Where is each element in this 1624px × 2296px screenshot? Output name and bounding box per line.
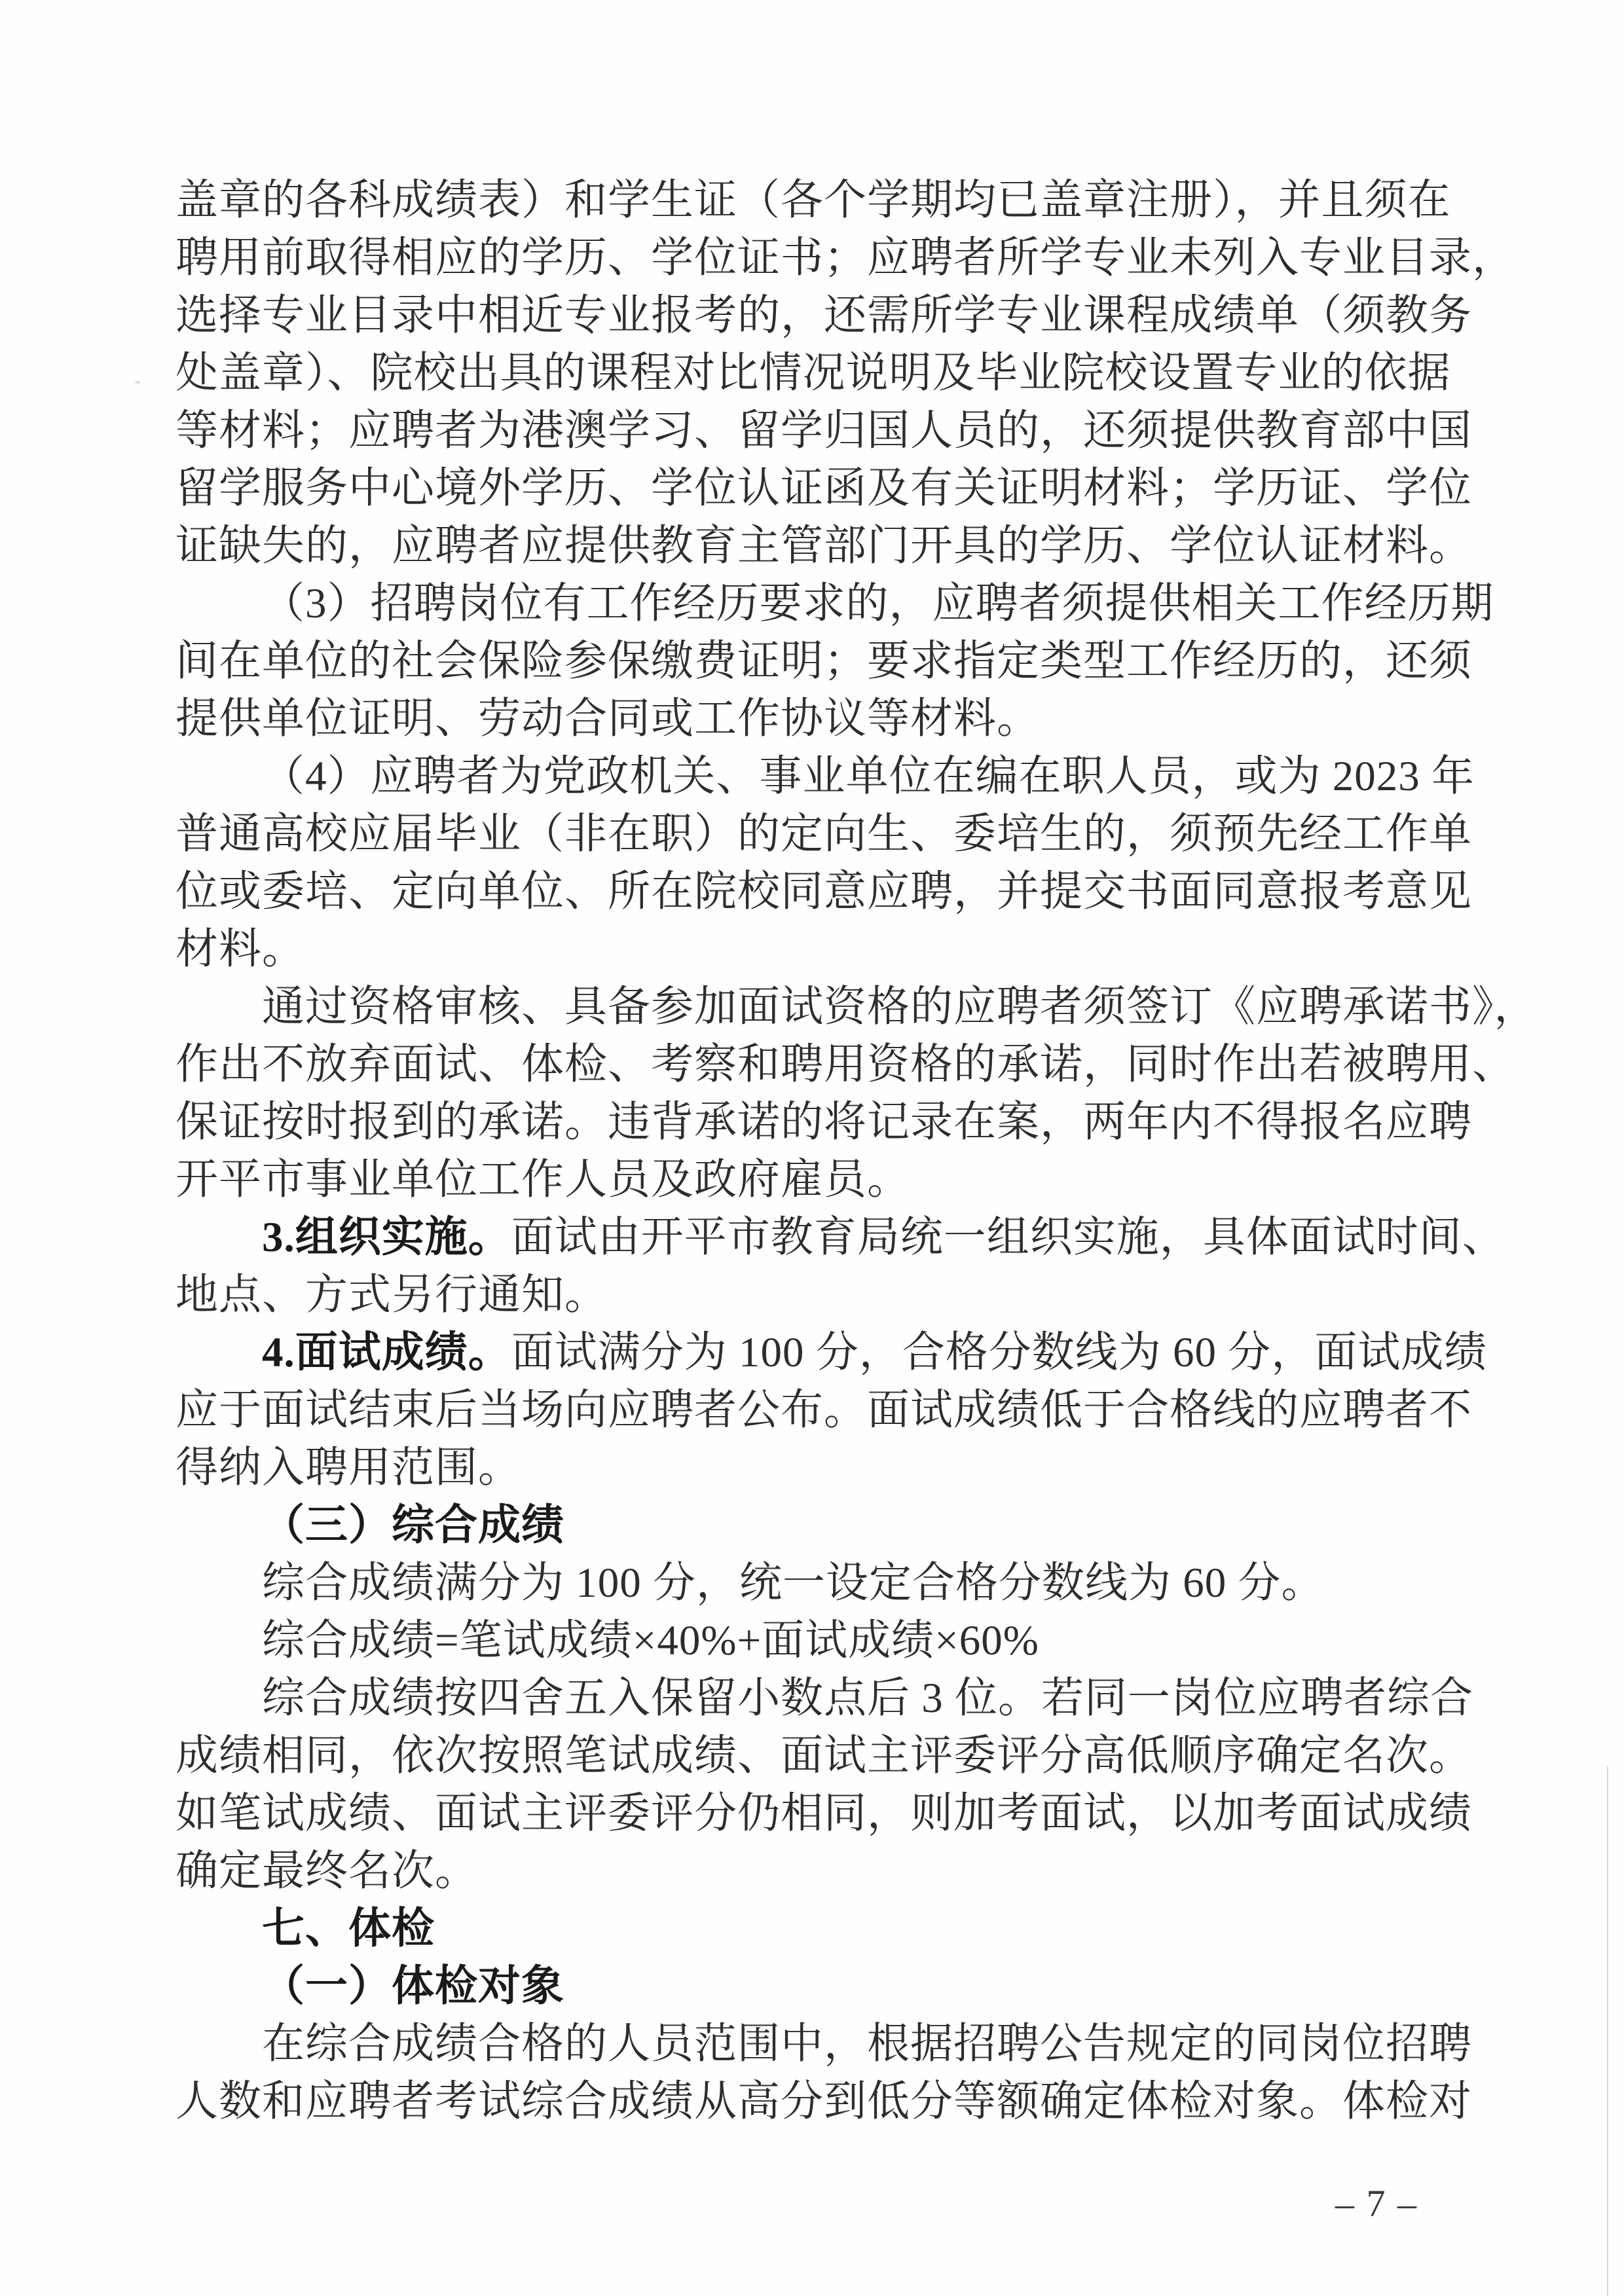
text-run: （3）招聘岗位有工作经历要求的，应聘者须提供相关工作经历期	[262, 580, 1494, 627]
text-line: 处盖章）、院校出具的课程对比情况说明及毕业院校设置专业的依据	[175, 344, 1498, 402]
text-run: 开平市事业单位工作人员及政府雇员。	[175, 1156, 910, 1203]
text-line: 等材料；应聘者为港澳学习、留学归国人员的，还须提供教育部中国	[175, 402, 1498, 460]
text-line: 材料。	[175, 920, 1498, 978]
text-line: 综合成绩=笔试成绩×40%+面试成绩×60%	[175, 1612, 1498, 1669]
text-run: 综合成绩满分为 100 分，统一设定合格分数线为 60 分。	[262, 1559, 1325, 1607]
text-run: 综合成绩=笔试成绩×40%+面试成绩×60%	[262, 1617, 1039, 1664]
heading-run: 3.组织实施。	[262, 1214, 511, 1261]
text-run: 保证按时报到的承诺。违背承诺的将记录在案，两年内不得报名应聘	[175, 1099, 1472, 1146]
text-line: 留学服务中心境外学历、学位认证函及有关证明材料；学历证、学位	[175, 460, 1498, 517]
scan-speck	[135, 381, 141, 384]
text-run: 人数和应聘者考试综合成绩从高分到低分等额确定体检对象。体检对	[175, 2078, 1472, 2125]
heading-run: 七、体检	[262, 1905, 435, 1952]
text-line: 确定最终名次。	[175, 1842, 1498, 1900]
text-line: （一）体检对象	[175, 1958, 1498, 2015]
text-line: 3.组织实施。面试由开平市教育局统一组织实施，具体面试时间、	[175, 1209, 1498, 1266]
text-run: 确定最终名次。	[175, 1848, 478, 1895]
text-run: 处盖章）、院校出具的课程对比情况说明及毕业院校设置专业的依据	[175, 350, 1451, 397]
text-run: 材料。	[175, 926, 305, 973]
heading-run: 4.面试成绩。	[262, 1329, 511, 1376]
scanned-document-page: 盖章的各科成绩表）和学生证（各个学期均已盖章注册），并且须在聘用前取得相应的学历…	[0, 0, 1624, 2296]
heading-run: （三）综合成绩	[262, 1502, 564, 1549]
scan-artifact-line	[1607, 1766, 1608, 2296]
text-run: 聘用前取得相应的学历、学位证书；应聘者所学专业未列入专业目录，	[175, 234, 1515, 282]
text-line: 聘用前取得相应的学历、学位证书；应聘者所学专业未列入专业目录，	[175, 229, 1498, 287]
text-line: 作出不放弃面试、体检、考察和聘用资格的承诺，同时作出若被聘用、	[175, 1036, 1498, 1093]
text-line: 人数和应聘者考试综合成绩从高分到低分等额确定体检对象。体检对	[175, 2073, 1498, 2130]
text-run: 地点、方式另行通知。	[175, 1271, 608, 1319]
text-line: 开平市事业单位工作人员及政府雇员。	[175, 1151, 1498, 1209]
text-line: 七、体检	[175, 1900, 1498, 1958]
text-run: 证缺失的，应聘者应提供教育主管部门开具的学历、学位认证材料。	[175, 522, 1472, 570]
text-run: 普通高校应届毕业（非在职）的定向生、委培生的，须预先经工作单	[175, 811, 1472, 858]
text-line: 间在单位的社会保险参保缴费证明；要求指定类型工作经历的，还须	[175, 632, 1498, 690]
text-line: 提供单位证明、劳动合同或工作协议等材料。	[175, 690, 1498, 748]
text-run: 面试由开平市教育局统一组织实施，具体面试时间、	[511, 1214, 1505, 1261]
text-line: 应于面试结束后当场向应聘者公布。面试成绩低于合格线的应聘者不	[175, 1381, 1498, 1439]
text-line: （3）招聘岗位有工作经历要求的，应聘者须提供相关工作经历期	[175, 575, 1498, 632]
page-number: – 7 –	[1324, 2181, 1429, 2225]
text-line: （4）应聘者为党政机关、事业单位在编在职人员，或为 2023 年	[175, 748, 1498, 805]
text-run: 作出不放弃面试、体检、考察和聘用资格的承诺，同时作出若被聘用、	[175, 1041, 1515, 1088]
text-line: 地点、方式另行通知。	[175, 1266, 1498, 1324]
document-body: 盖章的各科成绩表）和学生证（各个学期均已盖章注册），并且须在聘用前取得相应的学历…	[175, 172, 1498, 2130]
text-run: 留学服务中心境外学历、学位认证函及有关证明材料；学历证、学位	[175, 465, 1472, 512]
text-line: 如笔试成绩、面试主评委评分仍相同，则加考面试，以加考面试成绩	[175, 1785, 1498, 1842]
text-line: 位或委培、定向单位、所在院校同意应聘，并提交书面同意报考意见	[175, 863, 1498, 920]
heading-run: （一）体检对象	[262, 1963, 564, 2010]
text-line: 保证按时报到的承诺。违背承诺的将记录在案，两年内不得报名应聘	[175, 1093, 1498, 1151]
text-line: 通过资格审核、具备参加面试资格的应聘者须签订《应聘承诺书》，	[175, 978, 1498, 1036]
text-run: 盖章的各科成绩表）和学生证（各个学期均已盖章注册），并且须在	[175, 177, 1451, 224]
text-line: （三）综合成绩	[175, 1497, 1498, 1554]
text-line: 综合成绩按四舍五入保留小数点后 3 位。若同一岗位应聘者综合	[175, 1669, 1498, 1727]
text-line: 得纳入聘用范围。	[175, 1439, 1498, 1497]
text-run: 综合成绩按四舍五入保留小数点后 3 位。若同一岗位应聘者综合	[262, 1675, 1473, 1722]
text-line: 成绩相同，依次按照笔试成绩、面试主评委评分高低顺序确定名次。	[175, 1727, 1498, 1785]
text-run: 通过资格审核、具备参加面试资格的应聘者须签订《应聘承诺书》，	[262, 983, 1538, 1030]
text-run: 间在单位的社会保险参保缴费证明；要求指定类型工作经历的，还须	[175, 638, 1472, 685]
text-line: 证缺失的，应聘者应提供教育主管部门开具的学历、学位认证材料。	[175, 517, 1498, 575]
text-run: （4）应聘者为党政机关、事业单位在编在职人员，或为 2023 年	[262, 753, 1475, 800]
text-run: 成绩相同，依次按照笔试成绩、面试主评委评分高低顺序确定名次。	[175, 1732, 1472, 1779]
text-run: 在综合成绩合格的人员范围中，根据招聘公告规定的同岗位招聘	[262, 2020, 1472, 2068]
text-line: 4.面试成绩。面试满分为 100 分，合格分数线为 60 分，面试成绩	[175, 1324, 1498, 1381]
text-run: 应于面试结束后当场向应聘者公布。面试成绩低于合格线的应聘者不	[175, 1387, 1472, 1434]
text-run: 等材料；应聘者为港澳学习、留学归国人员的，还须提供教育部中国	[175, 407, 1472, 454]
text-run: 得纳入聘用范围。	[175, 1444, 521, 1491]
text-line: 综合成绩满分为 100 分，统一设定合格分数线为 60 分。	[175, 1554, 1498, 1612]
scan-speck	[367, 1939, 371, 1942]
text-line: 在综合成绩合格的人员范围中，根据招聘公告规定的同岗位招聘	[175, 2015, 1498, 2073]
text-run: 如笔试成绩、面试主评委评分仍相同，则加考面试，以加考面试成绩	[175, 1790, 1472, 1837]
text-run: 面试满分为 100 分，合格分数线为 60 分，面试成绩	[511, 1329, 1488, 1376]
text-run: 提供单位证明、劳动合同或工作协议等材料。	[175, 695, 1040, 742]
text-line: 选择专业目录中相近专业报考的，还需所学专业课程成绩单（须教务	[175, 287, 1498, 344]
text-line: 盖章的各科成绩表）和学生证（各个学期均已盖章注册），并且须在	[175, 172, 1498, 229]
text-run: 选择专业目录中相近专业报考的，还需所学专业课程成绩单（须教务	[175, 292, 1472, 339]
text-run: 位或委培、定向单位、所在院校同意应聘，并提交书面同意报考意见	[175, 868, 1472, 915]
text-line: 普通高校应届毕业（非在职）的定向生、委培生的，须预先经工作单	[175, 805, 1498, 863]
